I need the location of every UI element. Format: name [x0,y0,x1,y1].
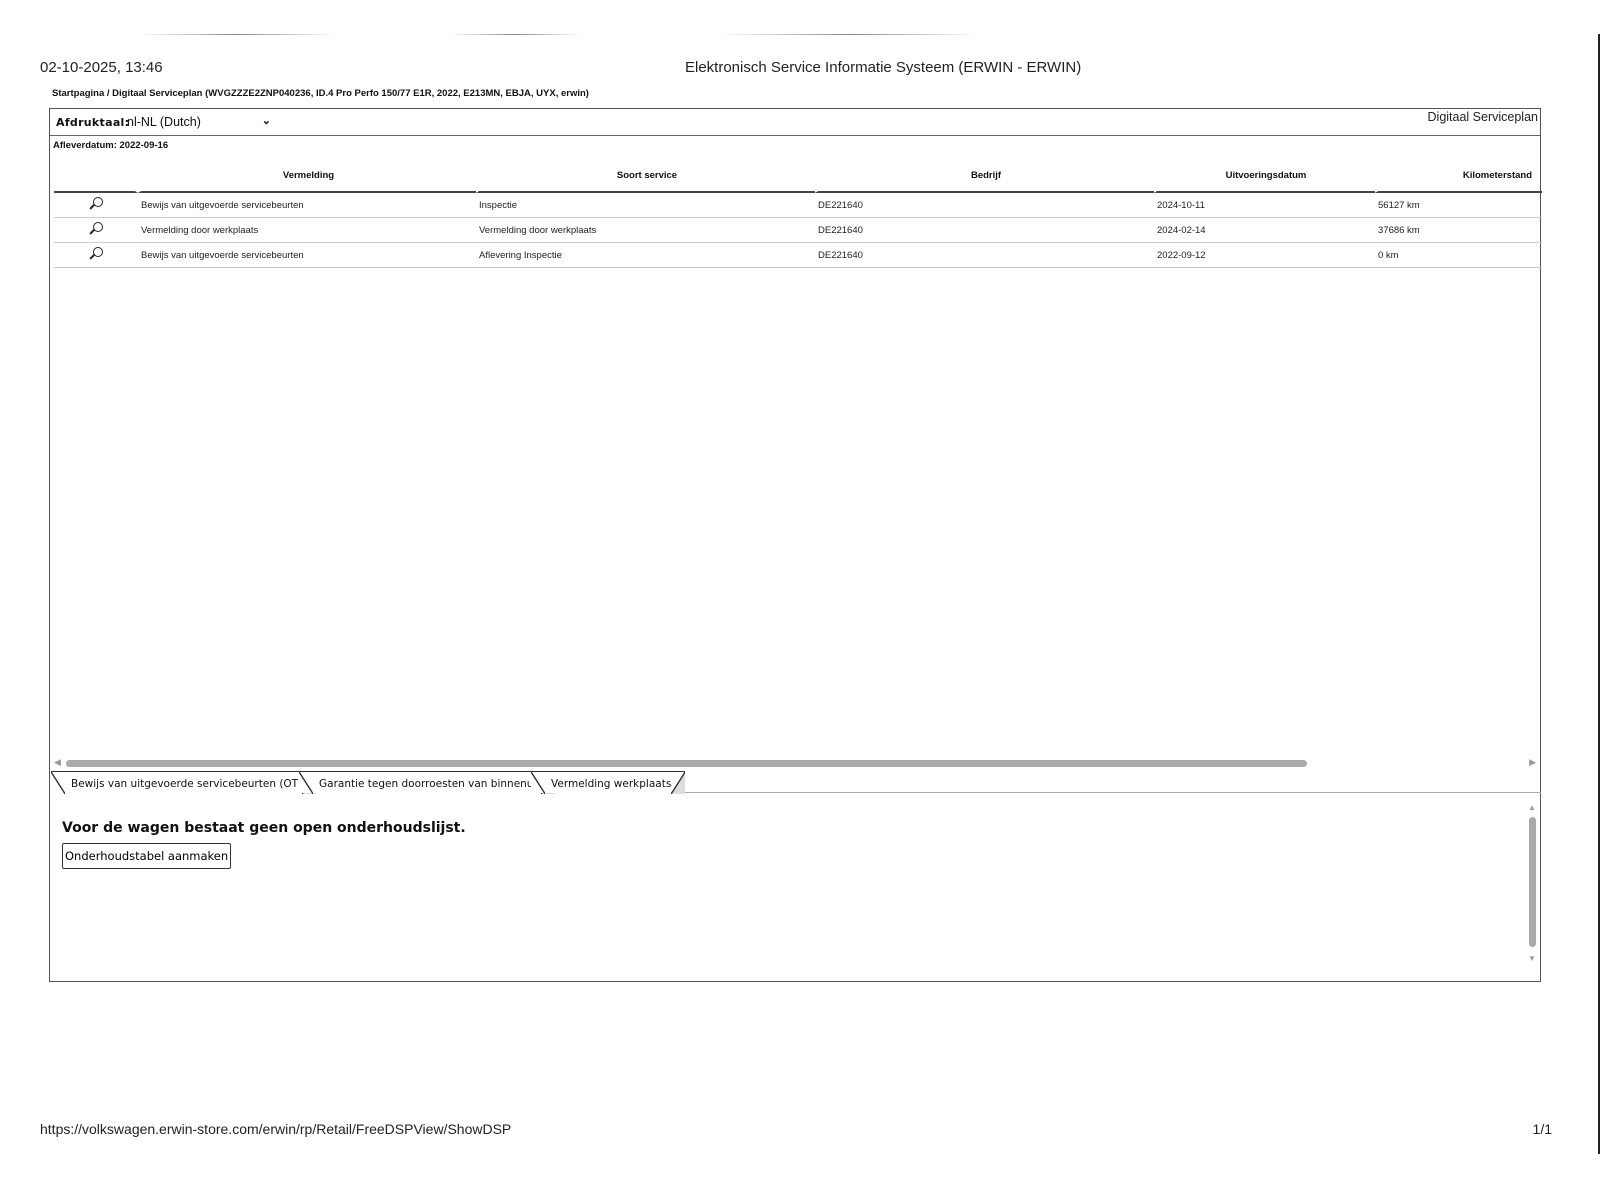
panel-title: Digitaal Serviceplan [1428,110,1538,124]
horizontal-scrollbar[interactable]: ◀ ▶ [50,757,1540,771]
table-row[interactable]: Bewijs van uitgevoerde servicebeurten Af… [54,243,1542,268]
print-page-number: 1/1 [1533,1121,1552,1137]
vertical-scroll-thumb[interactable] [1529,817,1536,947]
company-cell: DE221640 [815,243,1154,268]
table-row[interactable]: Vermelding door werkplaats Vermelding do… [54,218,1542,243]
scroll-up-icon[interactable]: ▲ [1528,803,1536,812]
breadcrumb[interactable]: Startpagina / Digitaal Serviceplan (WVGZ… [52,88,589,99]
tab-corrosion-warranty[interactable]: Garantie tegen doorroesten van binnenuit [299,771,555,793]
mileage-cell: 37686 km [1375,218,1542,243]
column-header-company[interactable]: Bedrijf [815,159,1154,193]
company-cell: DE221640 [815,218,1154,243]
service-type-cell: Inspectie [476,193,815,218]
tab-label: Vermelding werkplaats [551,778,671,790]
table-header-row: Vermelding Soort service Bedrijf Uitvoer… [54,159,1542,193]
date-cell: 2022-09-12 [1154,243,1375,268]
no-maintenance-list-message: Voor de wagen bestaat geen open onderhou… [62,820,466,836]
create-maintenance-table-button[interactable]: Onderhoudstabel aanmaken [62,843,231,869]
date-cell: 2024-02-14 [1154,218,1375,243]
toolbar: Afdruktaal: nl-NL (Dutch) ⌄ Digitaal Ser… [50,109,1540,136]
entry-cell: Vermelding door werkplaats [138,218,476,243]
magnifier-icon[interactable] [89,197,103,211]
scan-artifact [140,34,335,35]
service-type-cell: Vermelding door werkplaats [476,218,815,243]
table-row[interactable]: Bewijs van uitgevoerde servicebeurten In… [54,193,1542,218]
print-title: Elektronisch Service Informatie Systeem … [685,59,1081,76]
scroll-down-icon[interactable]: ▼ [1528,954,1536,963]
scan-artifact [720,34,980,35]
entry-cell: Bewijs van uitgevoerde servicebeurten [138,193,476,218]
scroll-right-icon[interactable]: ▶ [1529,757,1536,768]
magnifier-icon[interactable] [89,222,103,236]
column-header-icon [54,159,138,193]
print-language-value: nl-NL (Dutch) [127,115,201,129]
horizontal-scroll-thumb[interactable] [66,760,1307,767]
column-header-service-type[interactable]: Soort service [476,159,815,193]
tab-service-proof[interactable]: Bewijs van uitgevoerde servicebeurten (O… [51,771,316,793]
tab-workshop-note[interactable]: Vermelding werkplaats [531,771,685,793]
service-history-table: Vermelding Soort service Bedrijf Uitvoer… [54,159,1542,268]
chevron-down-icon: ⌄ [262,114,271,127]
entry-cell: Bewijs van uitgevoerde servicebeurten [138,243,476,268]
service-type-cell: Aflevering Inspectie [476,243,815,268]
column-header-mileage[interactable]: Kilometerstand [1375,159,1542,193]
vertical-scrollbar[interactable]: ▲ ▼ [1528,803,1538,963]
print-datetime: 02-10-2025, 13:46 [40,59,163,76]
tab-label: Bewijs van uitgevoerde servicebeurten (O… [71,778,302,790]
scan-artifact [450,34,580,35]
print-language-select[interactable]: nl-NL (Dutch) ⌄ [123,112,273,132]
mileage-cell: 0 km [1375,243,1542,268]
print-footer-url: https://volkswagen.erwin-store.com/erwin… [40,1121,511,1137]
magnifier-icon[interactable] [89,247,103,261]
date-cell: 2024-10-11 [1154,193,1375,218]
tab-bar: Bewijs van uitgevoerde servicebeurten (O… [51,771,1541,793]
service-plan-panel: Afdruktaal: nl-NL (Dutch) ⌄ Digitaal Ser… [49,108,1541,982]
delivery-date: Afleverdatum: 2022-09-16 [53,140,168,151]
company-cell: DE221640 [815,193,1154,218]
mileage-cell: 56127 km [1375,193,1542,218]
column-header-date[interactable]: Uitvoeringsdatum [1154,159,1375,193]
tab-label: Garantie tegen doorroesten van binnenuit [319,778,541,790]
print-language-label: Afdruktaal: [56,116,129,129]
scroll-left-icon[interactable]: ◀ [54,757,61,768]
column-header-entry[interactable]: Vermelding [138,159,476,193]
